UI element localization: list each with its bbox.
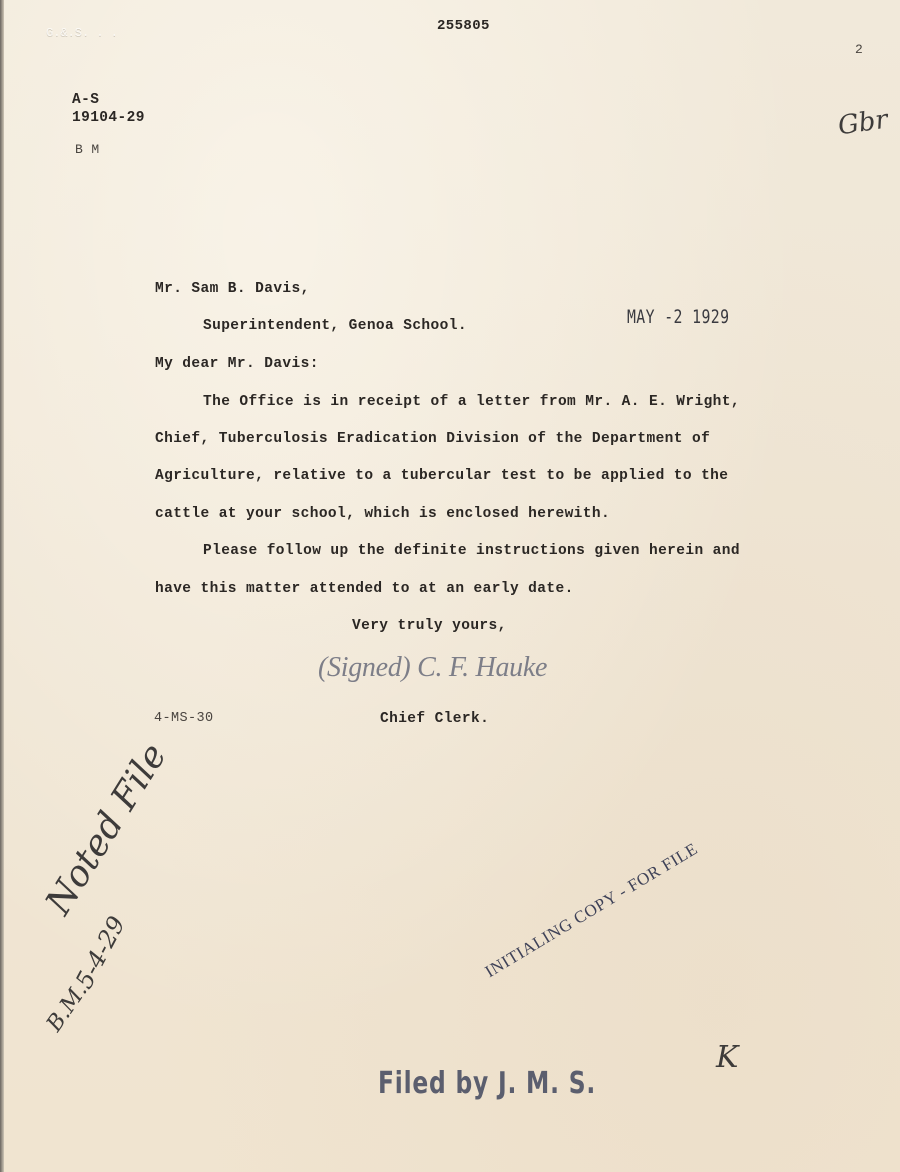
page-number: 2 bbox=[855, 42, 863, 57]
closing: Very truly yours, bbox=[352, 618, 507, 634]
body-p2-line1: Please follow up the definite instructio… bbox=[203, 543, 740, 559]
file-code-line1: A-S bbox=[72, 92, 99, 108]
body-p2-line2: have this matter attended to at an early… bbox=[155, 581, 574, 597]
recipient-title: Superintendent, Genoa School. bbox=[203, 318, 467, 334]
handwritten-mark-bottom: K bbox=[716, 1040, 738, 1075]
body-p1-line2: Chief, Tuberculosis Eradication Division… bbox=[155, 431, 710, 447]
signature-stamp: (Signed) C. F. Hauke bbox=[318, 652, 547, 684]
typist-initials: B M bbox=[75, 142, 100, 157]
form-code: 4-MS-30 bbox=[154, 711, 214, 726]
body-p1-line4: cattle at your school, which is enclosed… bbox=[155, 506, 610, 522]
serial-number: 255805 bbox=[437, 18, 490, 34]
salutation: My dear Mr. Davis: bbox=[155, 356, 319, 372]
recipient-name: Mr. Sam B. Davis, bbox=[155, 281, 310, 297]
filed-by-stamp: Filed by J. M. S. bbox=[378, 1066, 596, 1101]
signer-title: Chief Clerk. bbox=[380, 711, 489, 727]
date-stamp: MAY -2 1929 bbox=[627, 306, 729, 328]
body-p1-line3: Agriculture, relative to a tubercular te… bbox=[155, 468, 728, 484]
file-code-line2: 19104-29 bbox=[72, 110, 145, 126]
page-edge-shadow bbox=[0, 0, 4, 1172]
body-p1-line1: The Office is in receipt of a letter fro… bbox=[203, 394, 740, 410]
embossed-marks: G.&.S. . . bbox=[46, 26, 118, 40]
